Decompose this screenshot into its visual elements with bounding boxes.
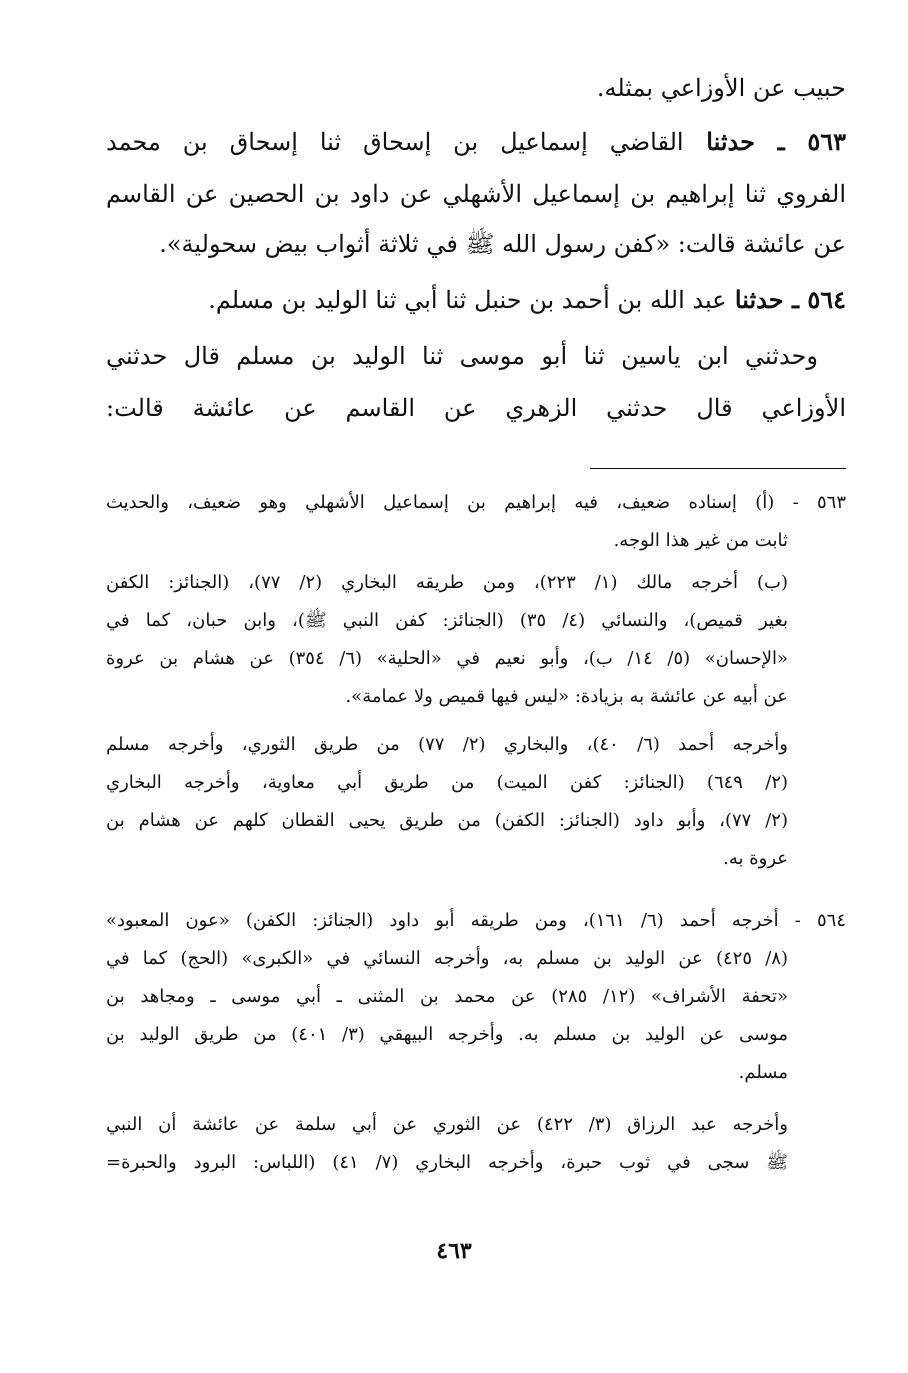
footnote-line: ٥٦٣ - (أ) إسناده ضعيف، فيه إبراهيم بن إس… [106,486,846,520]
footnote-separator [590,468,846,469]
text: ثابت من غير هذا الوجه. [614,530,788,551]
footnote-line: موسى عن الوليد بن مسلم به. وأخرجه البيهق… [106,1018,846,1052]
text: عبد الله بن أحمد بن حنبل ثنا أبي ثنا الو… [208,286,726,314]
text: (٢/ ٧٧)، وأبو داود (الجنائز: الكفن) من ط… [106,810,788,831]
text: وأخرجه عبد الرزاق (٣/ ٤٢٢) عن الثوري عن … [106,1114,788,1135]
footnote-line: (٨/ ٤٢٥) عن الوليد بن مسلم به، وأخرجه ال… [106,942,846,976]
main-text-line: عن عائشة قالت: «كفن رسول الله ﷺ في ثلاثة… [106,222,846,266]
text: ﷺ سجى في ثوب حبرة، وأخرجه البخاري (٧/ ٤١… [106,1152,788,1173]
text: الأوزاعي قال حدثني الزهري عن القاسم عن ع… [106,394,846,422]
footnote-line: مسلم. [106,1056,846,1090]
text: ٥٦٣ - (أ) إسناده ضعيف، فيه إبراهيم بن إس… [106,492,846,513]
page-number: ٤٦٣ [0,1238,908,1264]
text: عن أبيه عن عائشة به بزيادة: «ليس فيها قم… [345,686,788,707]
footnote-line: (٢/ ٧٧)، وأبو داود (الجنائز: الكفن) من ط… [106,804,846,838]
main-text-line: الأوزاعي قال حدثني الزهري عن القاسم عن ع… [106,386,846,430]
hadith-564-line: ٥٦٤ ـ حدثنا عبد الله بن أحمد بن حنبل ثنا… [106,278,846,322]
hadith-lead: حدثنا [706,127,755,156]
footnote-line: (٢/ ٦٤٩) (الجنائز: كفن الميت) من طريق أب… [106,766,846,800]
text: الفروي ثنا إبراهيم بن إسماعيل الأشهلي عن… [106,180,846,208]
text: حبيب عن الأوزاعي بمثله. [597,74,846,102]
main-text-line: حبيب عن الأوزاعي بمثله. [106,66,846,110]
text: «تحفة الأشراف» (١٢/ ٢٨٥) عن محمد بن المث… [106,986,788,1007]
hadith-number: ٥٦٤ ـ [792,285,846,314]
text: بغير قميص)، والنسائي (٤/ ٣٥) (الجنائز: ك… [106,610,788,631]
footnote-line: «تحفة الأشراف» (١٢/ ٢٨٥) عن محمد بن المث… [106,980,846,1014]
text: عروة به. [723,848,788,869]
hadith-number: ٥٦٣ ـ [778,127,846,156]
text: وحدثني ابن ياسين ثنا أبو موسى ثنا الوليد… [106,342,818,370]
hadith-563-line: ٥٦٣ ـ حدثنا القاضي إسماعيل بن إسحاق ثنا … [106,120,846,164]
book-page: حبيب عن الأوزاعي بمثله. ٥٦٣ ـ حدثنا القا… [0,0,908,1373]
footnote-line: بغير قميص)، والنسائي (٤/ ٣٥) (الجنائز: ك… [106,604,846,638]
hadith-lead: حدثنا [735,285,784,314]
footnote-line: وأخرجه عبد الرزاق (٣/ ٤٢٢) عن الثوري عن … [106,1108,846,1142]
footnote-line: وأخرجه أحمد (٦/ ٤٠)، والبخاري (٢/ ٧٧) من… [106,728,846,762]
footnote-line: ٥٦٤ - أخرجه أحمد (٦/ ١٦١)، ومن طريقه أبو… [106,904,846,938]
text: ٥٦٤ - أخرجه أحمد (٦/ ١٦١)، ومن طريقه أبو… [106,910,846,931]
text: موسى عن الوليد بن مسلم به. وأخرجه البيهق… [106,1024,788,1045]
text: (ب) أخرجه مالك (١/ ٢٢٣)، ومن طريقه البخا… [106,572,788,593]
main-text-line: الفروي ثنا إبراهيم بن إسماعيل الأشهلي عن… [106,172,846,216]
footnote-line: (ب) أخرجه مالك (١/ ٢٢٣)، ومن طريقه البخا… [106,566,846,600]
footnote-line: «الإحسان» (٥/ ١٤/ ب)، وأبو نعيم في «الحل… [106,642,846,676]
text: «الإحسان» (٥/ ١٤/ ب)، وأبو نعيم في «الحل… [106,648,788,669]
footnote-line: ﷺ سجى في ثوب حبرة، وأخرجه البخاري (٧/ ٤١… [106,1146,846,1180]
main-text-line: وحدثني ابن ياسين ثنا أبو موسى ثنا الوليد… [106,334,846,378]
text: (٨/ ٤٢٥) عن الوليد بن مسلم به، وأخرجه ال… [106,948,788,969]
text: مسلم. [739,1062,788,1083]
footnote-line: ثابت من غير هذا الوجه. [106,524,846,558]
text: عن عائشة قالت: «كفن رسول الله ﷺ في ثلاثة… [159,230,846,258]
footnote-line: عروة به. [106,842,846,876]
text: وأخرجه أحمد (٦/ ٤٠)، والبخاري (٢/ ٧٧) من… [106,734,788,755]
text: (٢/ ٦٤٩) (الجنائز: كفن الميت) من طريق أب… [106,772,788,793]
text: القاضي إسماعيل بن إسحاق ثنا إسحاق بن محم… [106,128,684,156]
footnote-line: عن أبيه عن عائشة به بزيادة: «ليس فيها قم… [106,680,846,714]
